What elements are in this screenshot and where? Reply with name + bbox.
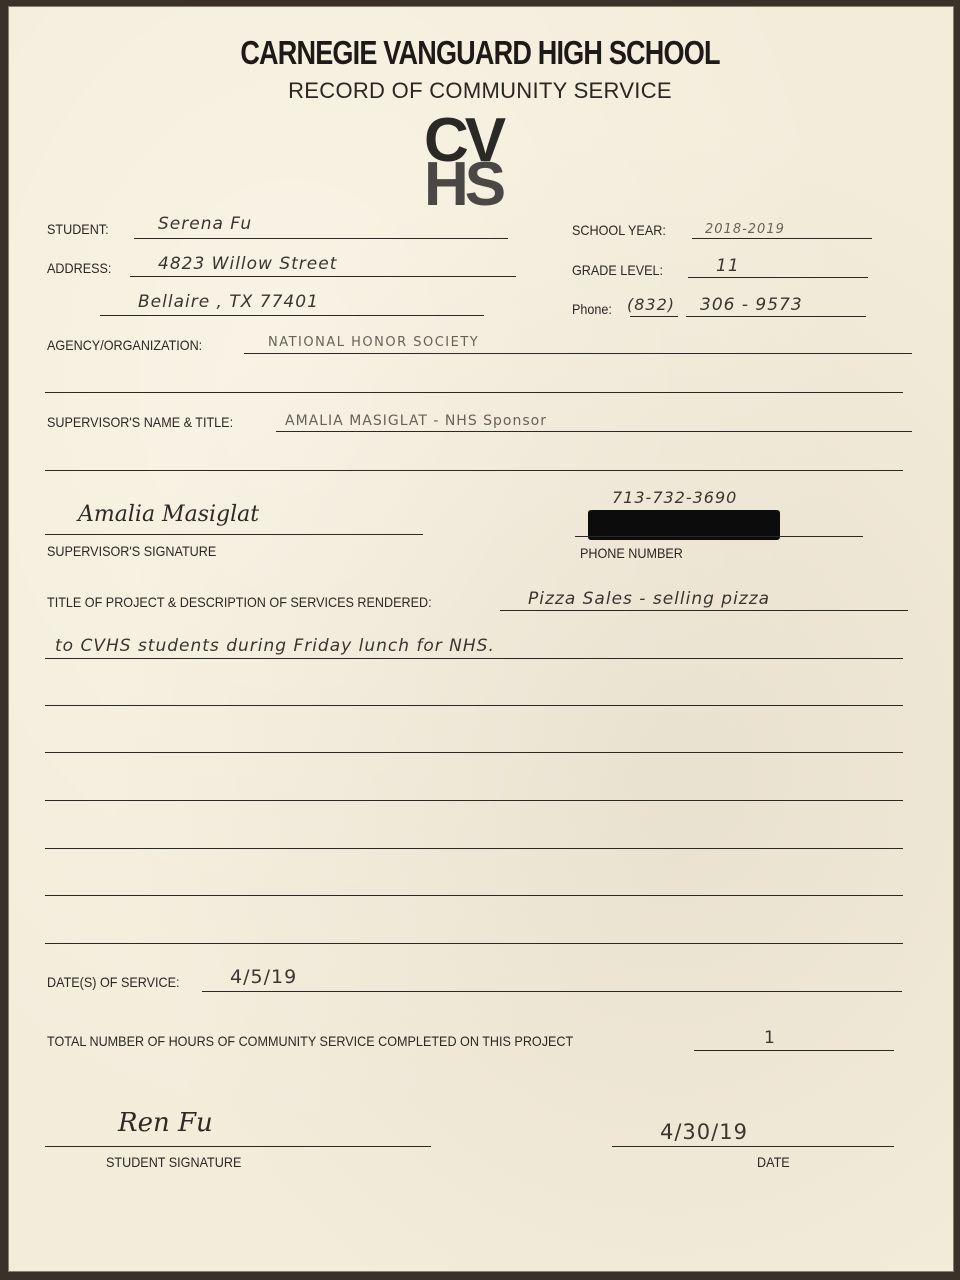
supervisor-name-value[interactable]: AMALIA MASIGLAT - NHS Sponsor bbox=[285, 413, 547, 429]
project-value-2[interactable]: to CVHS students during Friday lunch for… bbox=[55, 636, 495, 656]
school-year-value[interactable]: 2018-2019 bbox=[705, 222, 785, 237]
form-title: RECORD OF COMMUNITY SERVICE bbox=[0, 78, 960, 104]
total-hours-line bbox=[694, 1050, 894, 1051]
project-line-5 bbox=[45, 800, 903, 801]
date-value[interactable]: 4/30/19 bbox=[660, 1120, 748, 1144]
supervisor-phone-label: PHONE NUMBER bbox=[580, 545, 683, 561]
address-label: ADDRESS: bbox=[47, 260, 111, 276]
dates-of-service-label: DATE(S) OF SERVICE: bbox=[47, 974, 180, 990]
supervisor-signature-label: SUPERVISOR'S SIGNATURE bbox=[47, 543, 216, 559]
supervisor-phone-line bbox=[575, 536, 863, 537]
project-label: TITLE OF PROJECT & DESCRIPTION OF SERVIC… bbox=[47, 594, 432, 610]
student-signature[interactable]: Ren Fu bbox=[118, 1108, 213, 1138]
supervisor-signature-line bbox=[45, 534, 423, 535]
project-line-6 bbox=[45, 848, 903, 849]
date-line bbox=[612, 1146, 894, 1147]
project-value-1[interactable]: Pizza Sales - selling pizza bbox=[528, 589, 770, 609]
school-name: CARNEGIE VANGUARD HIGH SCHOOL bbox=[86, 34, 873, 72]
cvhs-logo: CV HS bbox=[424, 110, 564, 202]
student-line bbox=[134, 238, 508, 239]
student-signature-label: STUDENT SIGNATURE bbox=[106, 1154, 241, 1170]
project-line-2 bbox=[45, 658, 903, 659]
student-value[interactable]: Serena Fu bbox=[158, 214, 252, 234]
agency-line-2 bbox=[45, 392, 903, 393]
total-hours-label: TOTAL NUMBER OF HOURS OF COMMUNITY SERVI… bbox=[47, 1033, 573, 1049]
total-hours-value[interactable]: 1 bbox=[764, 1028, 776, 1048]
address-value-1[interactable]: 4823 Willow Street bbox=[158, 254, 337, 274]
project-line-8 bbox=[45, 943, 903, 944]
grade-level-line bbox=[688, 277, 868, 278]
school-year-label: SCHOOL YEAR: bbox=[572, 222, 666, 238]
address-value-2[interactable]: Bellaire , TX 77401 bbox=[138, 292, 319, 312]
project-line-4 bbox=[45, 752, 903, 753]
grade-level-value[interactable]: 11 bbox=[716, 256, 740, 276]
agency-line bbox=[244, 353, 912, 354]
address-line-2 bbox=[100, 315, 484, 316]
supervisor-signature[interactable]: Amalia Masiglat bbox=[78, 502, 259, 527]
supervisor-line-2 bbox=[45, 470, 903, 471]
phone-label: Phone: bbox=[572, 301, 612, 317]
phone-area-code[interactable]: (832) bbox=[627, 295, 675, 314]
agency-label: AGENCY/ORGANIZATION: bbox=[47, 337, 202, 353]
project-line-7 bbox=[45, 895, 903, 896]
project-line-3 bbox=[45, 705, 903, 706]
school-year-line bbox=[692, 238, 872, 239]
project-line-1 bbox=[500, 610, 908, 611]
date-label: DATE bbox=[757, 1154, 790, 1170]
grade-level-label: GRADE LEVEL: bbox=[572, 262, 663, 278]
supervisor-phone-value[interactable]: 713-732-3690 bbox=[612, 488, 737, 507]
address-line-1 bbox=[130, 276, 516, 277]
student-signature-line bbox=[45, 1146, 431, 1147]
agency-value[interactable]: NATIONAL HONOR SOCIETY bbox=[268, 335, 479, 350]
supervisor-name-line bbox=[276, 431, 912, 432]
dates-of-service-value[interactable]: 4/5/19 bbox=[230, 966, 297, 988]
phone-line bbox=[686, 316, 866, 317]
phone-area-line bbox=[630, 316, 678, 317]
student-label: STUDENT: bbox=[47, 221, 109, 237]
dates-of-service-line bbox=[202, 991, 902, 992]
logo-hs: HS bbox=[424, 154, 502, 216]
phone-value[interactable]: 306 - 9573 bbox=[700, 295, 803, 315]
supervisor-name-label: SUPERVISOR'S NAME & TITLE: bbox=[47, 414, 233, 430]
